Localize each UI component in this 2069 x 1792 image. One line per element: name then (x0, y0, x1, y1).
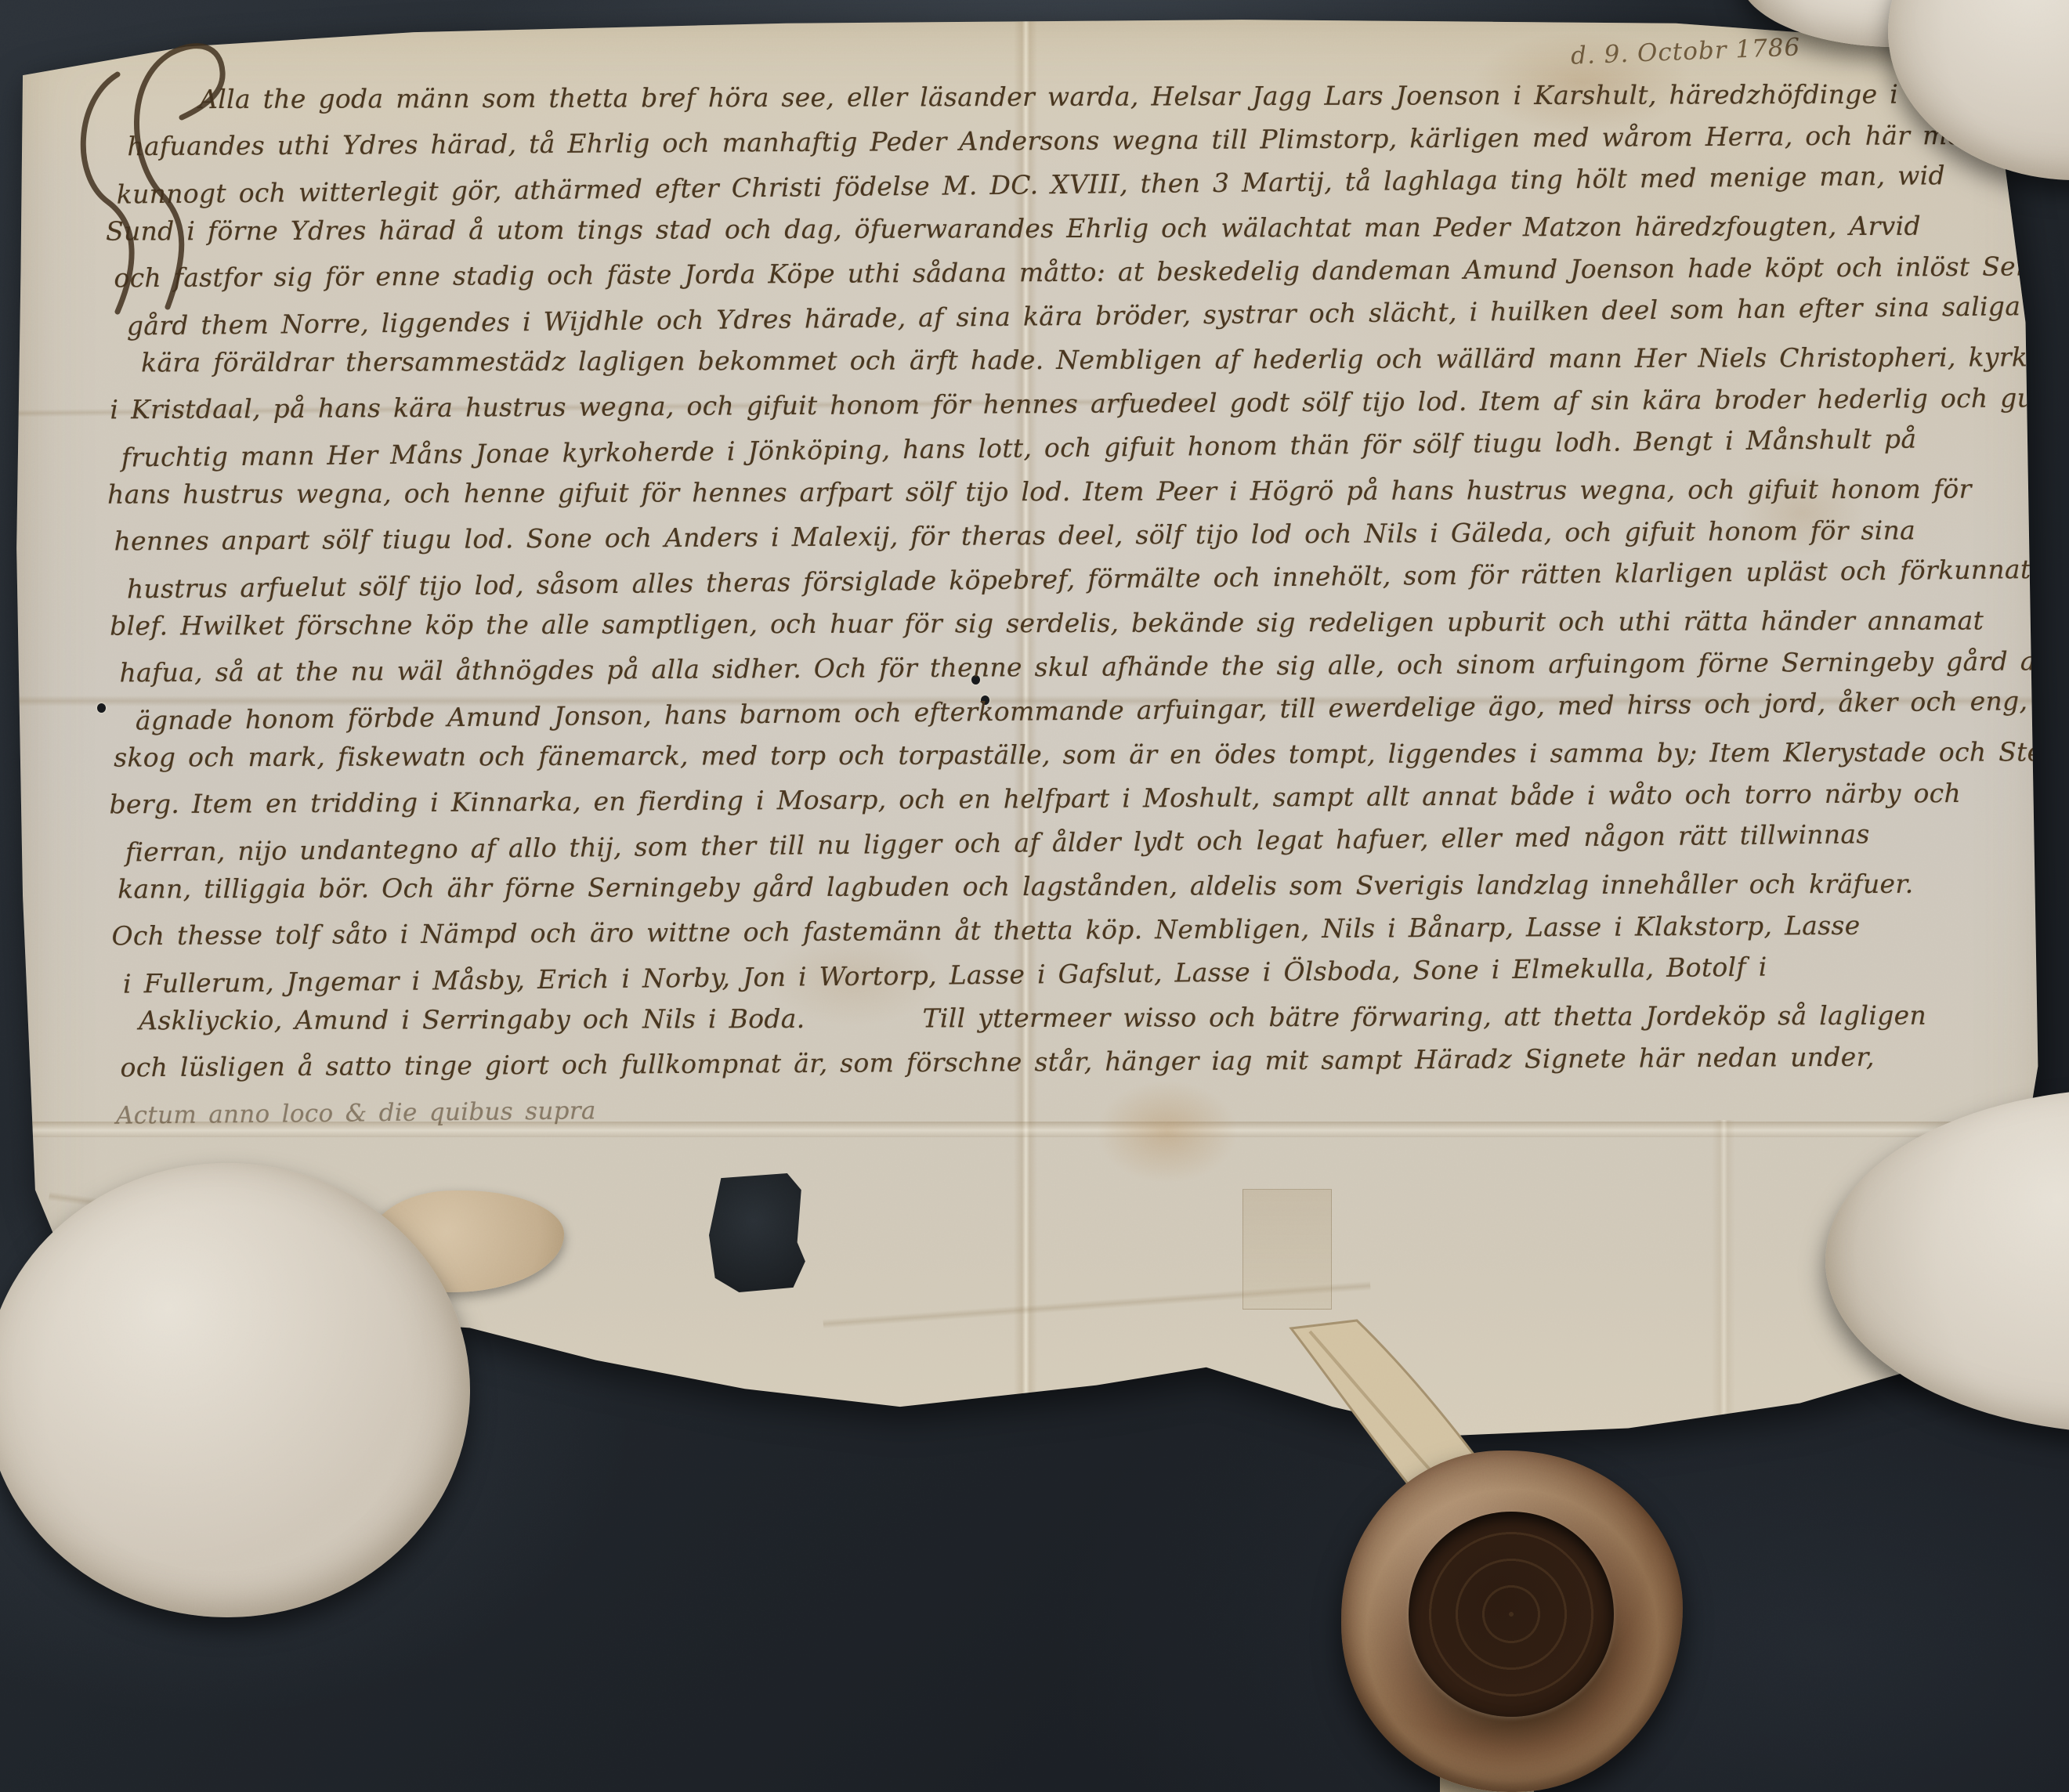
manuscript-text: Alla the goda männ som thetta bref höra … (105, 70, 2015, 1134)
manuscript-line: blef. Hwilket förschne köp the alle samp… (110, 598, 2012, 648)
manuscript-line: kära föräldrar thersammestädz lagligen b… (141, 335, 2010, 385)
photograph-of-parchment-charter: Alla the goda männ som thetta bref höra … (0, 0, 2069, 1792)
plica-vertical-crease (1712, 1120, 1735, 1433)
date-annotation: d. 9. Octobr 1786 (1570, 33, 1800, 70)
paper-seal-bottom-left (0, 1163, 470, 1617)
seal-tag-slit (1242, 1189, 1332, 1310)
wax-seal-impression (1409, 1512, 1614, 1717)
manuscript-line: Askliyckio, Amund i Serringaby och Nils … (139, 993, 2014, 1042)
manuscript-line-right: Till yttermeer wisso och bätre förwaring… (922, 994, 1926, 1041)
manuscript-line: kann, tilliggia bör. Och ähr förne Serni… (118, 862, 2013, 911)
manuscript-line: Alla the goda männ som thetta bref höra … (199, 72, 2009, 121)
manuscript-line: Sund i förne Ydres härad å utom tings st… (106, 204, 2009, 253)
parchment-hole (709, 1173, 809, 1292)
manuscript-line-left: Askliyckio, Amund i Serringaby och Nils … (139, 997, 805, 1043)
manuscript-line: hans hustrus wegna, och henne gifuit för… (107, 467, 2011, 516)
manuscript-line: skog och mark, fiskewatn och fänemarck, … (114, 730, 2013, 779)
worm-hole (97, 703, 106, 713)
